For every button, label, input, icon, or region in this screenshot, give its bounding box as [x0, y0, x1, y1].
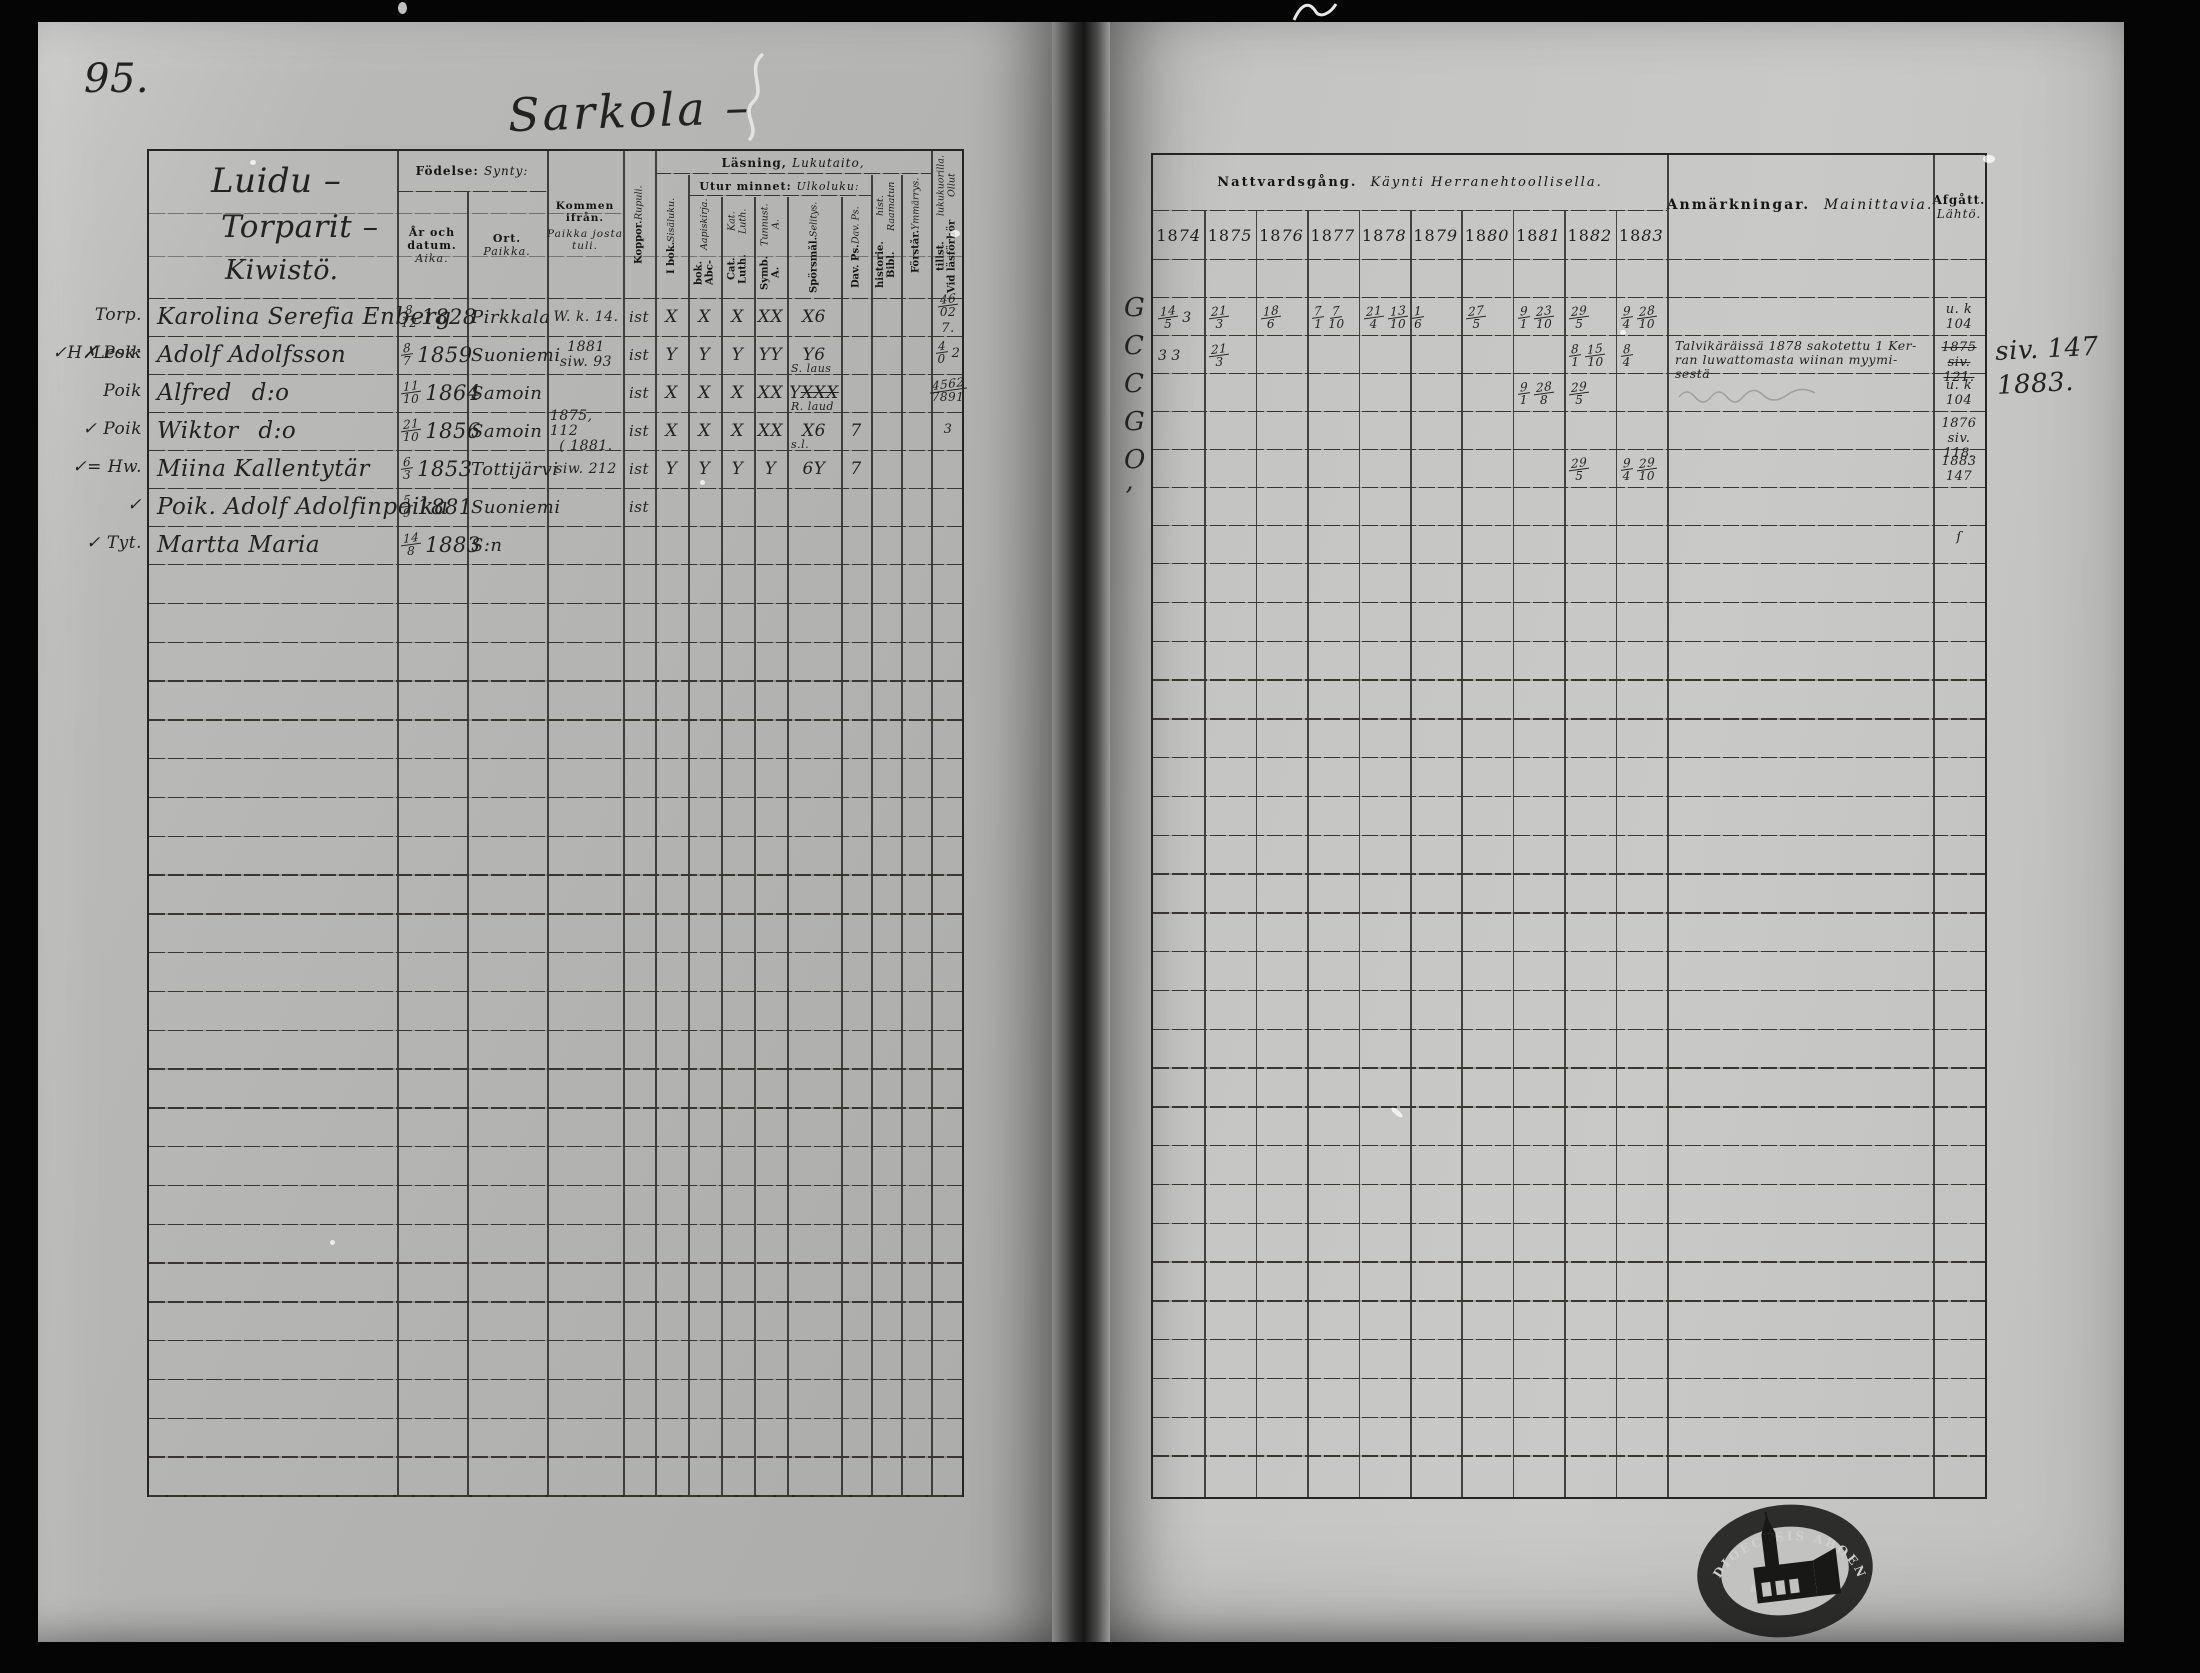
examination-note: 3 — [931, 406, 965, 452]
birth-date: 8121828 — [399, 298, 465, 336]
heading-estate: Luidu – — [211, 161, 341, 201]
reading-mark: X — [688, 412, 721, 450]
margin-note: siv. 1471883. — [1994, 323, 2200, 403]
came-from: W. k. 14. — [550, 298, 622, 336]
smallpox-mark: ist — [623, 336, 655, 374]
reading-mark: X — [688, 374, 721, 412]
reading-mark: Y — [655, 336, 688, 374]
reading-mark: Y — [721, 450, 754, 488]
reading-mark: 7 — [841, 450, 871, 488]
scratch-mark-top — [1290, 0, 1340, 24]
birth-place: S:n — [471, 526, 545, 564]
year-label: 1874 — [1153, 213, 1204, 257]
person-name: Miina Kallentytär — [157, 450, 395, 488]
header-anmarkningar: Anmärkningar. Mainittavia. — [1667, 185, 1933, 225]
book-edge — [5, 45, 31, 1585]
remark-text: Talvikäräissä 1878 sakotettu 1 Ker-ran l… — [1675, 339, 1917, 381]
communion-ledger-letter: G — [1124, 407, 1145, 437]
birth-date: 21101856 — [399, 412, 465, 450]
communion-ledger-letter: ʼ — [1124, 483, 1133, 513]
communion-date: 295 — [1564, 375, 1618, 413]
communion-date: 811510 — [1564, 337, 1618, 375]
departed-note: 1883147 — [1935, 454, 1983, 484]
header-utur: Utur minnet: Ulkoluku: — [688, 177, 871, 195]
household-role: ✓ — [46, 486, 142, 524]
person-name: Wiktor d:o — [157, 412, 395, 450]
communion-date: 912310 — [1513, 299, 1567, 337]
communion-date: 84 — [1616, 337, 1670, 375]
reading-mark: X — [721, 374, 754, 412]
person-name: Adolf Adolfsson — [157, 336, 395, 374]
communion-date: 275 — [1461, 299, 1515, 337]
header-davps: Dav. Ps.Dav. Ps. — [841, 199, 871, 295]
smallpox-mark: ist — [623, 412, 655, 450]
household-role: ✓ Poik — [46, 410, 142, 448]
smallpox-mark: ist — [623, 298, 655, 336]
communion-date: 213 — [1204, 337, 1258, 375]
header-spors: Spörsmål.Selitys. — [787, 199, 841, 295]
departed-note: u. k104 — [1935, 302, 1983, 332]
page-number: 95. — [84, 56, 149, 102]
household-role: ✓= Hw. — [46, 448, 142, 486]
header-vidlas: Vid läsförhör tillst.Ollut lukukuorilla. — [931, 153, 962, 295]
reading-mark: Y — [688, 336, 721, 374]
header-luth: Luth. Cat.Luth. Kat. — [721, 199, 754, 295]
communion-ledger-letter: O — [1124, 445, 1146, 475]
birth-date: 631853 — [399, 450, 465, 488]
church-book-scan: 95. Sarkola – Luidu – Torparit – Kiwistö… — [0, 0, 2200, 1673]
header-afgatt: Afgått.Lähtö. — [1933, 179, 1985, 235]
reading-mark: 7 — [841, 412, 871, 450]
reading-mark: Y — [721, 336, 754, 374]
birth-date: 871859 — [399, 336, 465, 374]
year-label: 1879 — [1410, 213, 1461, 257]
year-label: 1875 — [1204, 213, 1255, 257]
communion-date: 942810 — [1616, 299, 1670, 337]
right-page: Nattvardsgång. Käynti Herranehtoollisell… — [1110, 22, 2124, 1642]
person-name: Martta Maria — [157, 526, 395, 564]
reading-mark: X — [688, 298, 721, 336]
reading-mark: 6Ys.l. — [787, 450, 841, 488]
communion-ledger-letter: G — [1124, 293, 1145, 323]
header-lasning: Läsning, Lukutaito, — [655, 153, 931, 173]
communion-date: 942910 — [1616, 451, 1670, 489]
departed-note: ſ — [1935, 530, 1983, 545]
village-title: Sarkola – — [507, 80, 752, 142]
communion-date: 71710 — [1307, 299, 1361, 337]
header-bibl: Bibl. historie.Raamatun hist. — [871, 177, 901, 295]
reading-mark: XX — [754, 374, 787, 412]
header-koppor: Koppor.Rupuli. — [623, 155, 655, 295]
header-year: År och datum.Aika. — [397, 195, 467, 295]
reading-mark: X — [721, 298, 754, 336]
book-gutter — [1052, 22, 1110, 1642]
header-forstar: Förstår.Ymmärrys. — [901, 155, 931, 295]
smallpox-mark: ist — [623, 488, 655, 526]
communion-ledger-letter: C — [1124, 331, 1144, 361]
birth-date: 591881 — [399, 488, 465, 526]
header-nattvardsgang: Nattvardsgång. Käynti Herranehtoollisell… — [1153, 161, 1667, 203]
year-label: 1878 — [1359, 213, 1410, 257]
communion-date: 295 — [1564, 451, 1618, 489]
right-table: Nattvardsgång. Käynti Herranehtoollisell… — [1151, 153, 1987, 1499]
year-label: 1882 — [1564, 213, 1615, 257]
reading-mark: XX — [754, 412, 787, 450]
departed-note: u. k104 — [1935, 378, 1983, 408]
communion-date: 213 — [1204, 299, 1258, 337]
birth-place: Pirkkala — [471, 298, 545, 336]
person-name: Karolina Serefia Enberg — [157, 298, 395, 336]
diocese-seal-stamp: DIOECESIS ABOENSIS KONIT·INC — [1684, 1487, 1886, 1655]
smallpox-mark: ist — [623, 374, 655, 412]
header-kommen: Kommen ifrån.Paikka josta tuli. — [547, 161, 623, 291]
reading-mark: YY — [754, 336, 787, 374]
header-ort: Ort.Paikka. — [467, 195, 547, 295]
birth-place: Tottijärvi — [471, 450, 545, 488]
year-label: 1877 — [1307, 213, 1358, 257]
year-label: 1876 — [1256, 213, 1307, 257]
birth-date: 11101864 — [399, 374, 465, 412]
header-abc: Abc-bok.Aapiskirja. — [688, 199, 721, 295]
household-role: Poik — [46, 372, 142, 410]
reading-mark: Y — [754, 450, 787, 488]
birth-place: Samoin — [471, 412, 545, 450]
faint-pencil-note — [1677, 385, 1827, 403]
header-ibok: I bok.Sisäluku. — [655, 177, 688, 295]
header-fodelse: Födelse: Synty: — [397, 151, 547, 191]
reading-mark: Y — [655, 450, 688, 488]
reading-mark: X6 — [787, 298, 841, 336]
left-page: 95. Sarkola – Luidu – Torparit – Kiwistö… — [38, 22, 1052, 1642]
came-from: siw. 212 — [550, 450, 622, 488]
communion-date: 186 — [1256, 299, 1310, 337]
heading-torparit: Torparit – — [221, 209, 379, 245]
household-role: Torp. Lesk: — [46, 296, 142, 334]
year-label: 1881 — [1513, 213, 1564, 257]
reading-mark: XX — [754, 298, 787, 336]
communion-date: 33 — [1153, 337, 1207, 375]
smallpox-mark: ist — [623, 450, 655, 488]
birth-date: 1481883 — [399, 526, 465, 564]
reading-mark: X — [655, 412, 688, 450]
reading-mark: X — [655, 374, 688, 412]
communion-date: 214131016 — [1359, 299, 1439, 337]
communion-ledger-letter: C — [1124, 369, 1144, 399]
header-symb: A. Symb.A. Tunnust. — [754, 199, 787, 295]
scratch-brace — [733, 50, 777, 144]
reading-mark: X — [721, 412, 754, 450]
person-name: Poik. Adolf Adolfinpoika — [157, 488, 395, 526]
household-role: ✓H✗ Poik — [46, 334, 142, 372]
reading-mark: X — [655, 298, 688, 336]
communion-date: 91288 — [1513, 375, 1567, 413]
birth-place: Suoniemi — [471, 488, 545, 526]
came-from: 1881siw. 93 — [550, 336, 622, 374]
household-role: ✓ Tyt. — [46, 524, 142, 562]
came-from: 1875, 112( 1881. — [550, 412, 622, 450]
year-label: 1883 — [1616, 213, 1667, 257]
birth-place: Samoin — [471, 374, 545, 412]
communion-date: 1453 — [1153, 299, 1207, 337]
year-label: 1880 — [1461, 213, 1512, 257]
birth-place: Suoniemi — [471, 336, 545, 374]
heading-kiwisto: Kiwistö. — [225, 255, 339, 286]
person-name: Alfred d:o — [157, 374, 395, 412]
communion-date: 295 — [1564, 299, 1618, 337]
left-table: Luidu – Torparit – Kiwistö. Födelse: Syn… — [147, 149, 964, 1497]
